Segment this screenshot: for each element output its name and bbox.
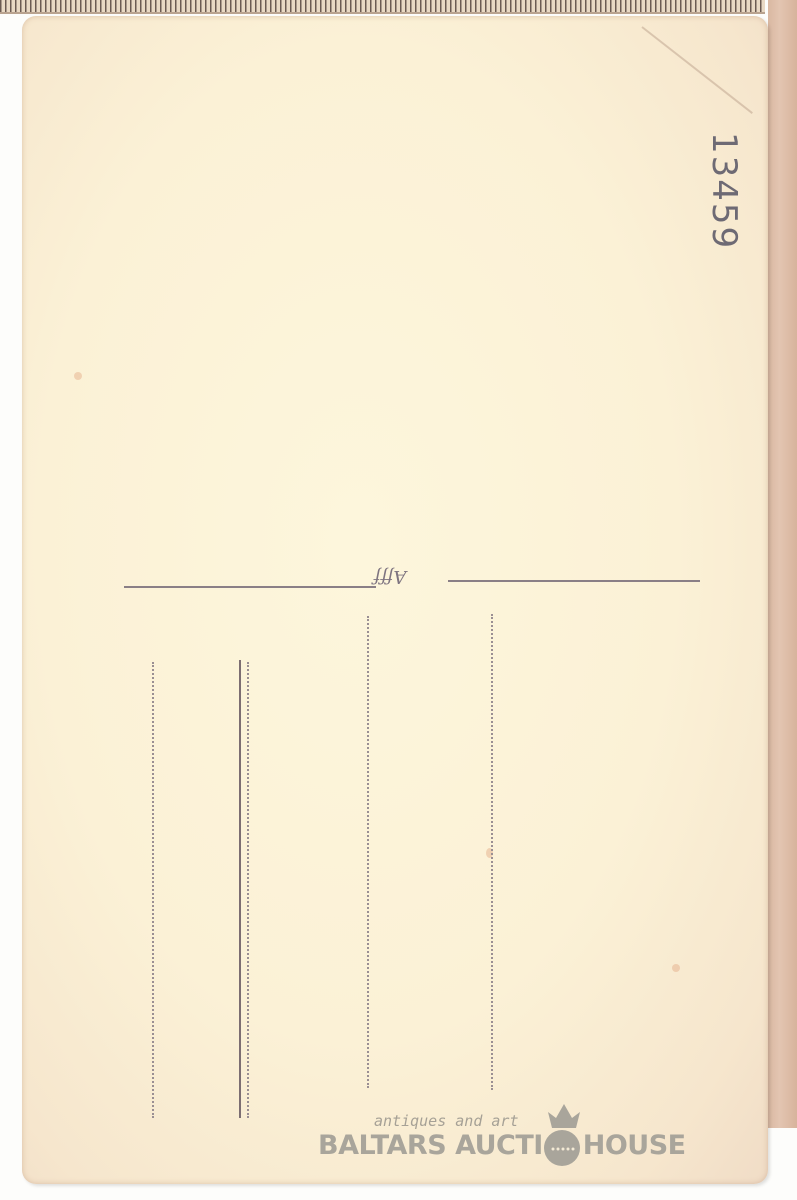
divider-mark: Afff: [374, 566, 406, 587]
measuring-ruler: [0, 0, 765, 14]
address-line-dotted: [247, 662, 249, 1118]
postcard-back: [22, 16, 768, 1184]
handwritten-inventory-number: 13459: [704, 132, 744, 250]
address-line-dotted: [367, 616, 369, 1088]
wooden-surface: [768, 0, 797, 1128]
address-line-dotted: [152, 662, 154, 1118]
corner-crease: [641, 26, 753, 114]
circle-logo-icon: [542, 1128, 582, 1168]
divider-line-right: [448, 580, 700, 582]
address-line-solid: [239, 660, 241, 1118]
divider-line-left: [124, 586, 376, 588]
watermark-tagline: antiques and art: [374, 1112, 519, 1130]
stain-spot: [74, 372, 82, 380]
address-line-dotted: [491, 614, 493, 1090]
stain-spot: [672, 964, 680, 972]
watermark-name: BALTARS AUCTI N HOUSE: [318, 1130, 686, 1161]
